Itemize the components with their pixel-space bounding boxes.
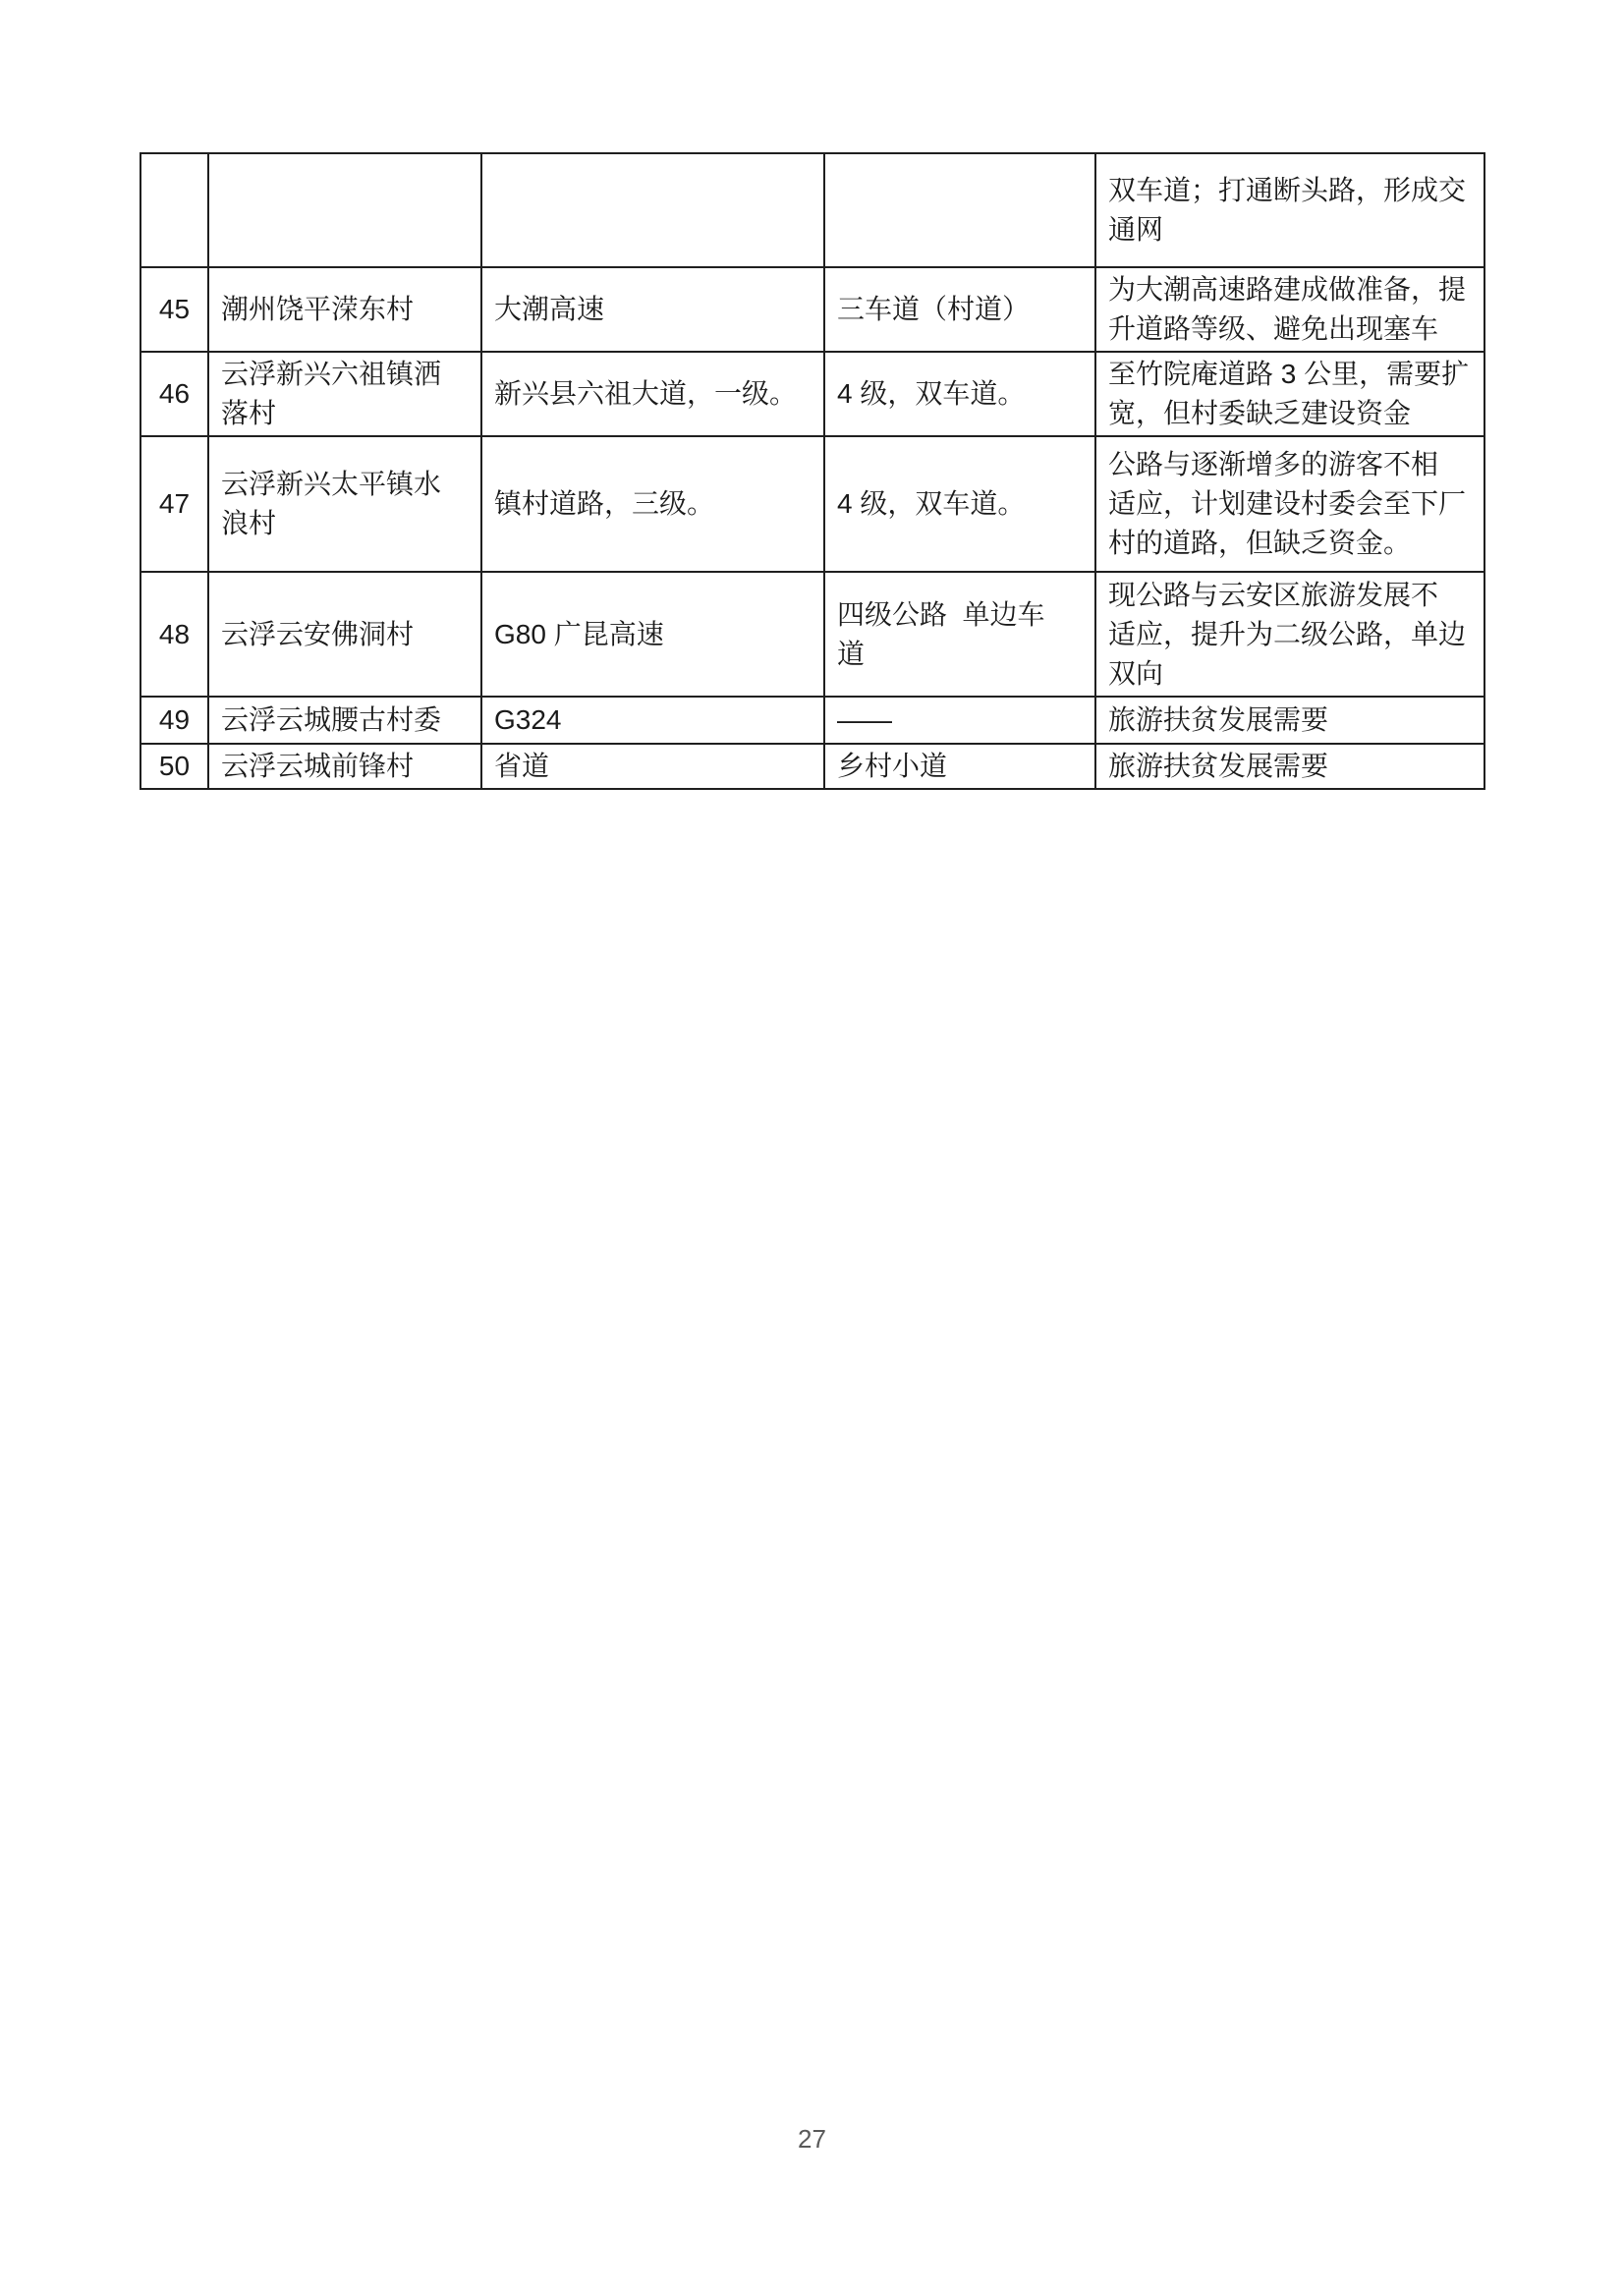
table-row-48: 48 云浮云安佛洞村 G80 广昆高速 四级公路 单边车 道 现公路与云安区旅游… bbox=[140, 572, 1484, 697]
table-row-49: 49 云浮云城腰古村委 G324 —— 旅游扶贫发展需要 bbox=[140, 697, 1484, 744]
current-road bbox=[481, 153, 824, 267]
table-row-continuation: 双车道；打通断头路，形成交 通网 bbox=[140, 153, 1484, 267]
village-road-table: 双车道；打通断头路，形成交 通网 45 潮州饶平溁东村 大潮高速 三车道（村道）… bbox=[140, 152, 1485, 790]
page-number: 27 bbox=[0, 2122, 1624, 2156]
lane-info: 乡村小道 bbox=[824, 744, 1095, 789]
village-name: 云浮云城腰古村委 bbox=[208, 697, 481, 744]
village-name bbox=[208, 153, 481, 267]
current-road: G324 bbox=[481, 697, 824, 744]
village-name: 云浮云城前锋村 bbox=[208, 744, 481, 789]
row-number: 45 bbox=[140, 267, 208, 352]
row-number: 47 bbox=[140, 436, 208, 572]
table-row-46: 46 云浮新兴六祖镇洒 落村 新兴县六祖大道，一级。 4 级，双车道。 至竹院庵… bbox=[140, 352, 1484, 436]
remark: 公路与逐渐增多的游客不相 适应，计划建设村委会至下厂 村的道路，但缺乏资金。 bbox=[1095, 436, 1484, 572]
table-row-47: 47 云浮新兴太平镇水 浪村 镇村道路，三级。 4 级，双车道。 公路与逐渐增多… bbox=[140, 436, 1484, 572]
village-name: 云浮云安佛洞村 bbox=[208, 572, 481, 697]
table-row-50: 50 云浮云城前锋村 省道 乡村小道 旅游扶贫发展需要 bbox=[140, 744, 1484, 789]
lane-info bbox=[824, 153, 1095, 267]
lane-info: —— bbox=[824, 697, 1095, 744]
village-name: 潮州饶平溁东村 bbox=[208, 267, 481, 352]
row-number: 46 bbox=[140, 352, 208, 436]
document-page: 双车道；打通断头路，形成交 通网 45 潮州饶平溁东村 大潮高速 三车道（村道）… bbox=[0, 0, 1624, 2296]
row-number: 48 bbox=[140, 572, 208, 697]
lane-info: 四级公路 单边车 道 bbox=[824, 572, 1095, 697]
village-name: 云浮新兴六祖镇洒 落村 bbox=[208, 352, 481, 436]
row-number: 49 bbox=[140, 697, 208, 744]
current-road: 大潮高速 bbox=[481, 267, 824, 352]
remark: 旅游扶贫发展需要 bbox=[1095, 697, 1484, 744]
current-road: 镇村道路，三级。 bbox=[481, 436, 824, 572]
table-row-45: 45 潮州饶平溁东村 大潮高速 三车道（村道） 为大潮高速路建成做准备，提 升道… bbox=[140, 267, 1484, 352]
current-road: G80 广昆高速 bbox=[481, 572, 824, 697]
row-number bbox=[140, 153, 208, 267]
lane-info: 4 级，双车道。 bbox=[824, 436, 1095, 572]
row-number: 50 bbox=[140, 744, 208, 789]
remark: 旅游扶贫发展需要 bbox=[1095, 744, 1484, 789]
lane-info: 4 级，双车道。 bbox=[824, 352, 1095, 436]
remark: 双车道；打通断头路，形成交 通网 bbox=[1095, 153, 1484, 267]
remark: 为大潮高速路建成做准备，提 升道路等级、避免出现塞车 bbox=[1095, 267, 1484, 352]
current-road: 新兴县六祖大道，一级。 bbox=[481, 352, 824, 436]
lane-info: 三车道（村道） bbox=[824, 267, 1095, 352]
remark: 现公路与云安区旅游发展不 适应，提升为二级公路，单边 双向 bbox=[1095, 572, 1484, 697]
current-road: 省道 bbox=[481, 744, 824, 789]
remark: 至竹院庵道路 3 公里，需要扩 宽，但村委缺乏建设资金 bbox=[1095, 352, 1484, 436]
village-name: 云浮新兴太平镇水 浪村 bbox=[208, 436, 481, 572]
